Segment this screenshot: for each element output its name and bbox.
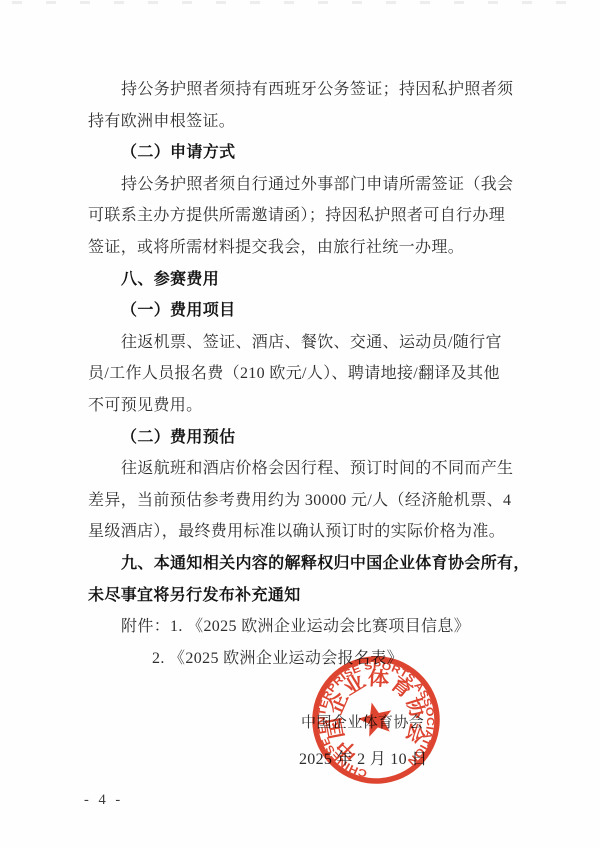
text-line: 差异，当前预估参考费用约为 30000 元/人（经济舱机票、4 bbox=[88, 485, 516, 517]
text-line: 九、本通知相关内容的解释权归中国企业体育协会所有， bbox=[88, 548, 516, 580]
text-line: 星级酒店），最终费用标准以确认预订时的实际价格为准。 bbox=[88, 516, 516, 548]
text-line: 员/工作人员报名费（210 欧元/人）、聘请地接/翻译及其他 bbox=[88, 358, 516, 390]
scan-artifact bbox=[12, 1, 588, 4]
text-line: 持公务护照者须自行通过外事部门申请所需签证（我会 bbox=[88, 169, 516, 201]
page-number: - 4 - bbox=[84, 792, 123, 809]
text-line: 未尽事宜将另行发布补充通知 bbox=[88, 580, 516, 612]
text-line: 可联系主办方提供所需邀请函）；持因私护照者可自行办理 bbox=[88, 200, 516, 232]
text-line: 签证，或将所需材料提交我会，由旅行社统一办理。 bbox=[88, 232, 516, 264]
text-line: 往返机票、签证、酒店、餐饮、交通、运动员/随行官 bbox=[88, 327, 516, 359]
document-page: 持公务护照者须持有西班牙公务签证；持因私护照者须持有欧洲申根签证。（二）申请方式… bbox=[0, 0, 600, 848]
text-line: 八、参赛费用 bbox=[88, 264, 516, 296]
text-line: 附件：1. 《2025 欧洲企业运动会比赛项目信息》 bbox=[88, 611, 516, 643]
seal-star-icon bbox=[355, 698, 396, 738]
document-body: 持公务护照者须持有西班牙公务签证；持因私护照者须持有欧洲申根签证。（二）申请方式… bbox=[88, 74, 516, 674]
text-line: 往返航班和酒店价格会因行程、预订时间的不同而产生 bbox=[88, 453, 516, 485]
text-line: 持公务护照者须持有西班牙公务签证；持因私护照者须 bbox=[88, 74, 516, 106]
text-line: （二）费用预估 bbox=[88, 422, 516, 454]
text-line: （二）申请方式 bbox=[88, 137, 516, 169]
text-line: 持有欧洲申根签证。 bbox=[88, 106, 516, 138]
text-line: （一）费用项目 bbox=[88, 295, 516, 327]
text-line: 不可预见费用。 bbox=[88, 390, 516, 422]
